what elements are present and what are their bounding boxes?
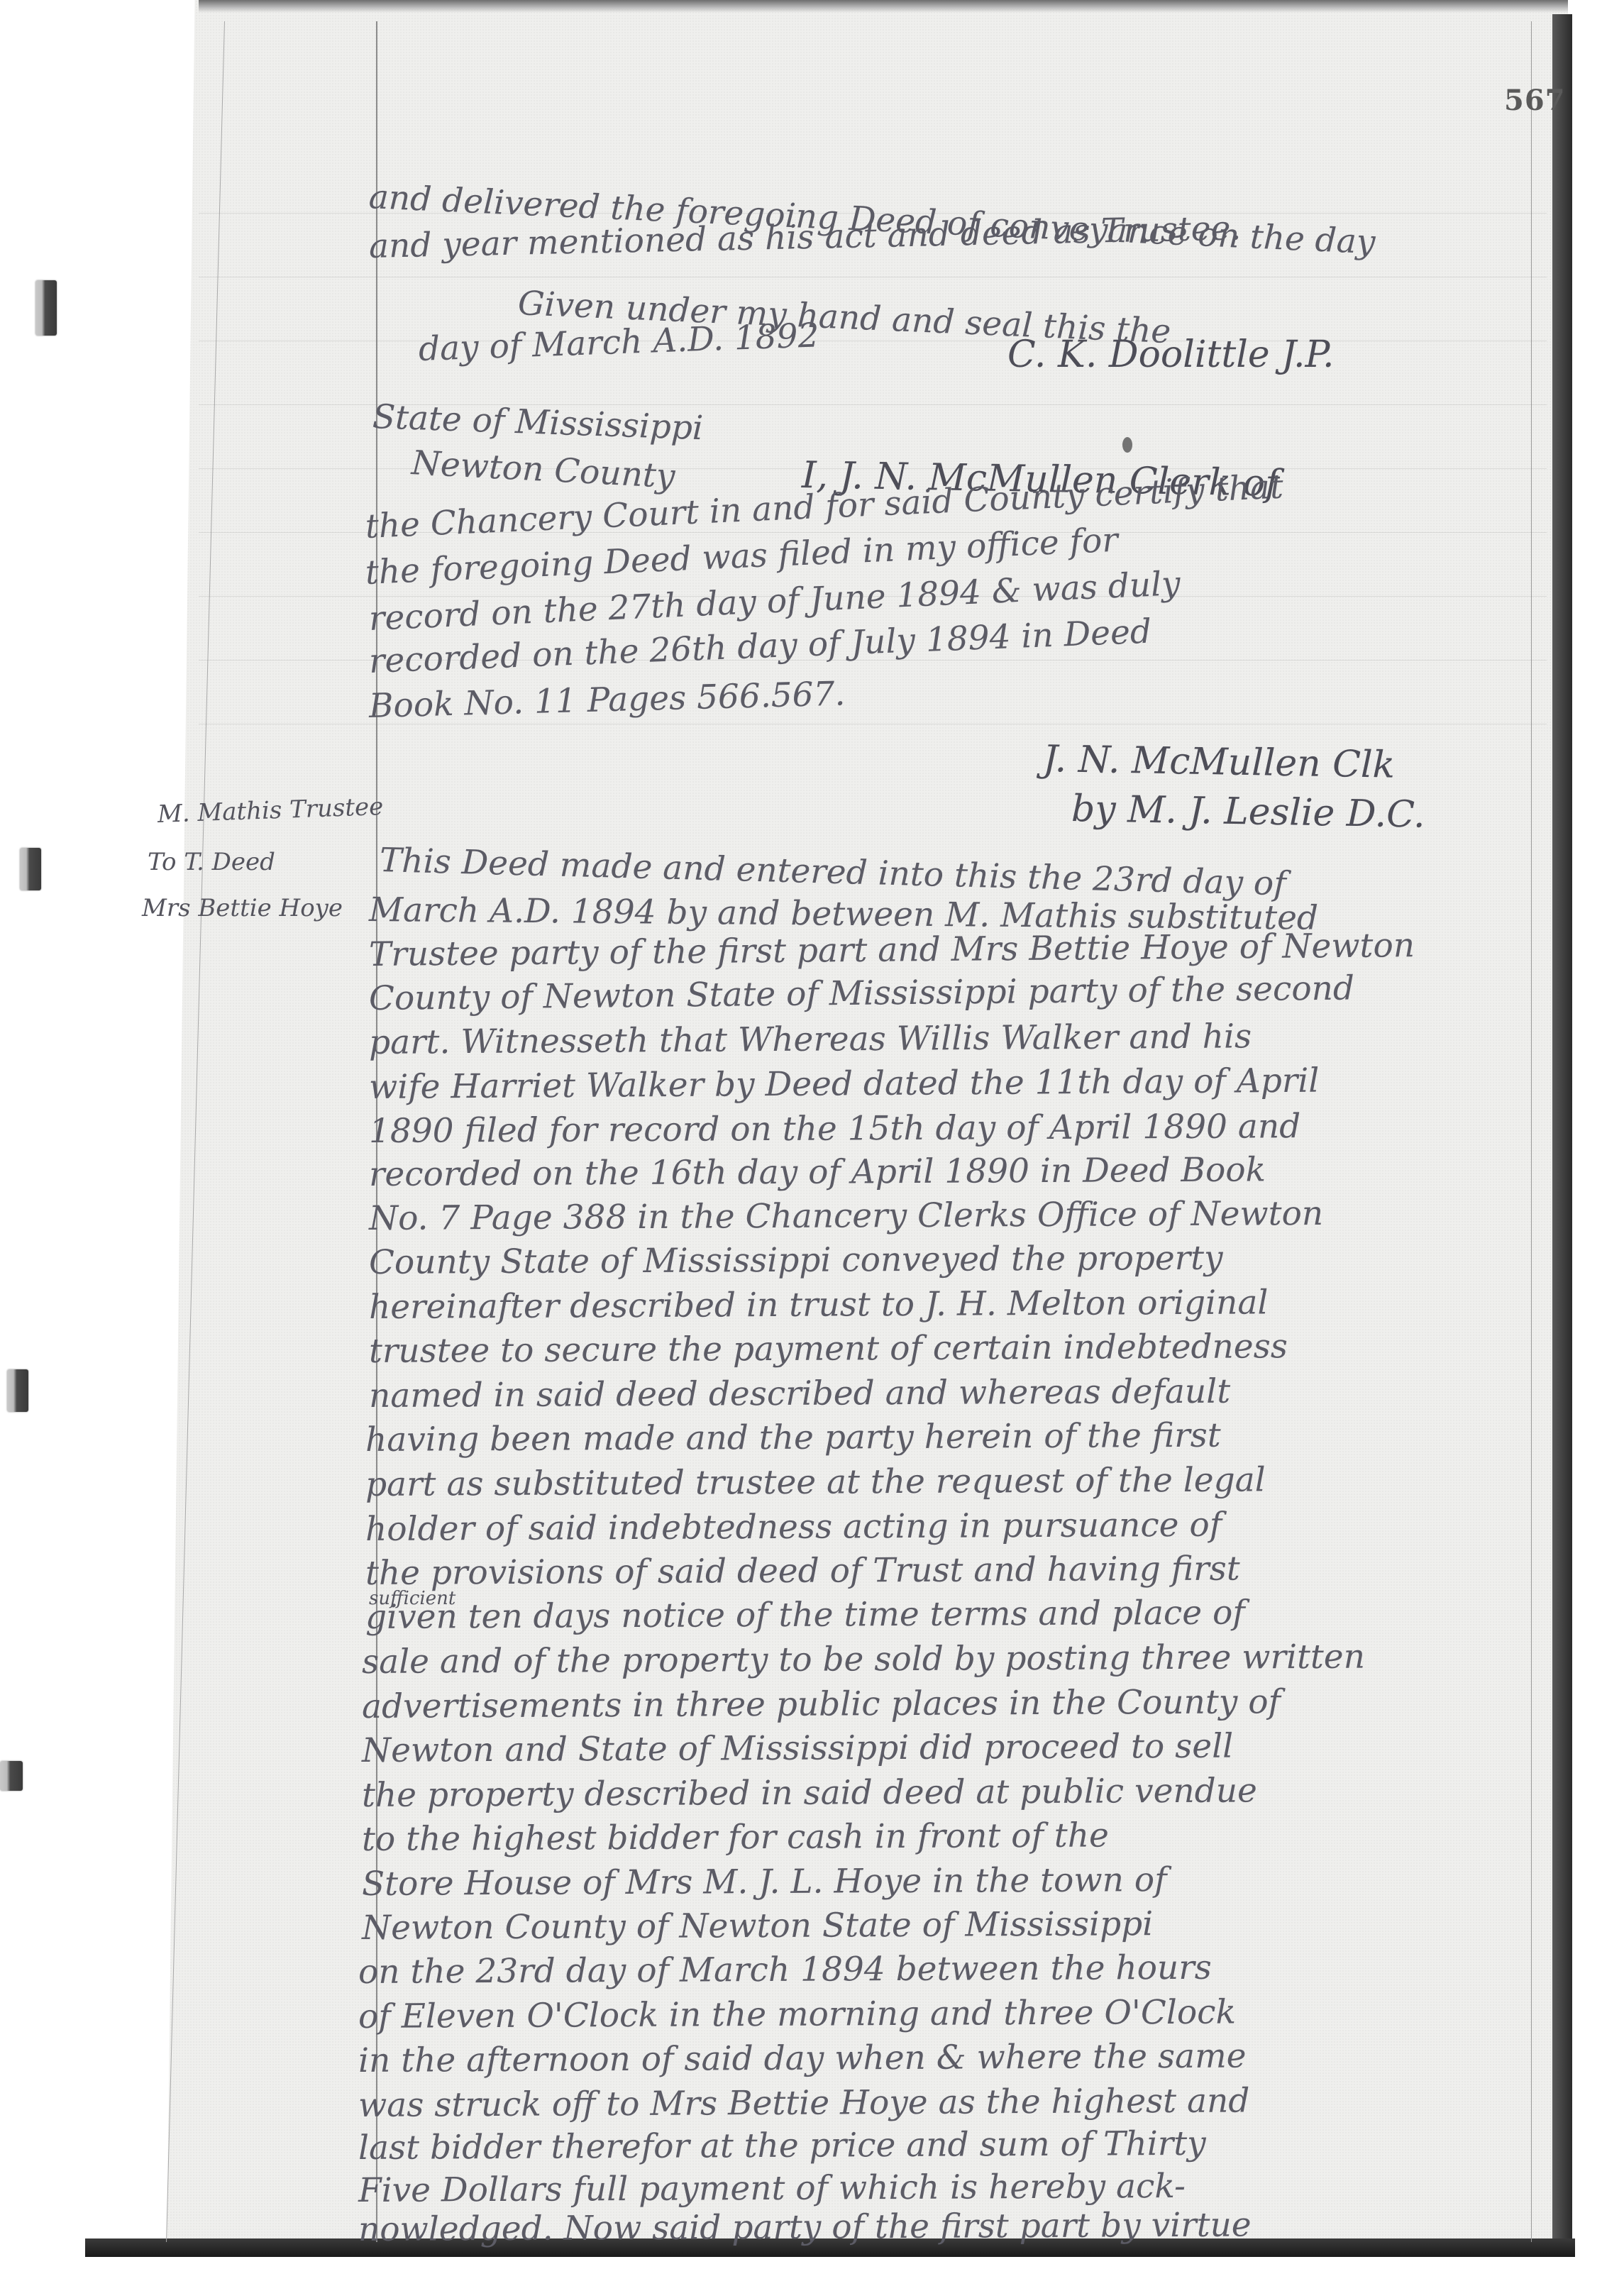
margin-note-line: To T. Deed	[148, 848, 275, 876]
deed-line: holder of said indebtedness acting in pu…	[365, 1506, 1222, 1549]
page-edge-right	[1552, 14, 1572, 2256]
deed-line: advertisements in three public places in…	[362, 1682, 1281, 1726]
deed-line: in the afternoon of said day when & wher…	[358, 2036, 1247, 2080]
deed-line: part. Witnesseth that Whereas Willis Wal…	[369, 1017, 1252, 1062]
deed-line: Newton County of Newton State of Mississ…	[362, 1904, 1153, 1948]
deed-line: to the highest bidder for cash in front …	[362, 1816, 1109, 1859]
page-number: 567	[1504, 84, 1566, 117]
deed-line: having been made and the party herein of…	[365, 1416, 1221, 1459]
deputy-clerk-signature: by M. J. Leslie D.C.	[1071, 788, 1425, 837]
deed-line: the property described in said deed at p…	[362, 1771, 1257, 1815]
ruled-line	[199, 341, 1547, 341]
deed-line: named in said deed described and whereas…	[369, 1372, 1230, 1415]
deed-line: Five Dollars full payment of which is he…	[358, 2167, 1186, 2210]
deed-line: the provisions of said deed of Trust and…	[365, 1550, 1240, 1593]
deed-line: 1890 filed for record on the 15th day of…	[369, 1107, 1301, 1151]
margin-rule-right	[1531, 21, 1532, 2242]
ruled-line	[199, 277, 1547, 277]
justice-signature: C. K. Doolittle J.P.	[1007, 333, 1335, 376]
deed-line: given ten days notice of the time terms …	[365, 1594, 1245, 1637]
binder-hole	[20, 848, 41, 890]
deed-line: on the 23rd day of March 1894 between th…	[358, 1948, 1212, 1992]
deed-line: of Eleven O'Clock in the morning and thr…	[358, 1993, 1236, 2036]
deed-line: recorded on the 16th day of April 1890 i…	[369, 1150, 1266, 1194]
deed-line: No. 7 Page 388 in the Chancery Clerks Of…	[369, 1194, 1323, 1238]
margin-note-line: Mrs Bettie Hoye	[142, 894, 343, 922]
deed-line: County State of Mississippi conveyed the…	[369, 1239, 1223, 1282]
deed-line: wife Harriet Walker by Deed dated the 11…	[369, 1061, 1320, 1107]
binder-hole	[35, 280, 57, 336]
ink-smudge	[1122, 437, 1132, 453]
deed-line: trustee to secure the payment of certain…	[369, 1327, 1288, 1371]
deed-line: hereinafter described in trust to J. H. …	[369, 1283, 1269, 1327]
deed-line: nowledged. Now said party of the first p…	[358, 2205, 1252, 2249]
deed-line: last bidder therefor at the price and su…	[358, 2124, 1206, 2168]
deed-line: sale and of the property to be sold by p…	[362, 1638, 1365, 1682]
deed-line: Newton and State of Mississippi did proc…	[362, 1727, 1233, 1770]
clerk-signature: J. N. McMullen Clk	[1042, 738, 1395, 787]
binder-hole	[7, 1369, 28, 1412]
binder-hole	[0, 1761, 23, 1791]
page-edge-top	[199, 0, 1568, 13]
deed-line: Store House of Mrs M. J. L. Hoye in the …	[362, 1860, 1167, 1904]
deed-line: part as substituted trustee at the reque…	[365, 1460, 1266, 1504]
deed-line: was struck off to Mrs Bettie Hoye as the…	[358, 2081, 1250, 2125]
